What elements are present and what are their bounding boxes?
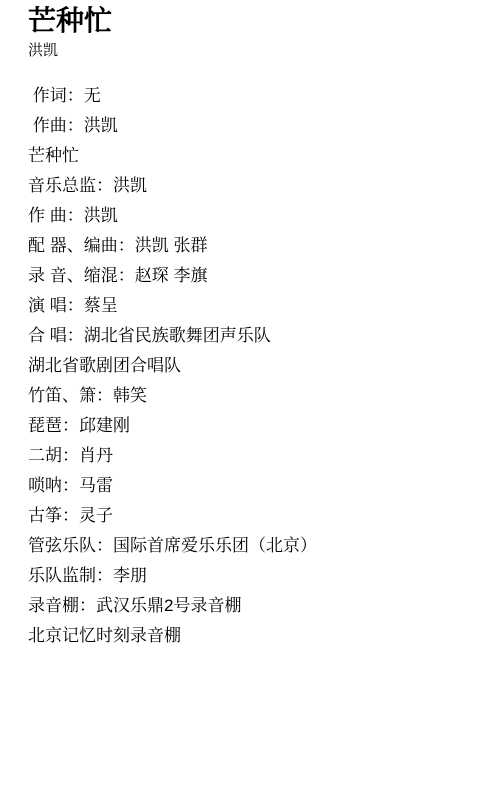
credit-line-studio: 录音棚：武汉乐鼎2号录音棚 bbox=[28, 591, 480, 621]
credits-list: 作词：无 作曲：洪凯 芒种忙 音乐总监：洪凯 作 曲：洪凯 配 器、编曲：洪凯 … bbox=[28, 81, 480, 651]
credit-line-orchestra-supervisor: 乐队监制：李朋 bbox=[28, 561, 480, 591]
credit-line-pipa: 琵琶：邱建刚 bbox=[28, 411, 480, 441]
credit-line-erhu: 二胡：肖丹 bbox=[28, 441, 480, 471]
song-credits-page: 芒种忙 洪凯 作词：无 作曲：洪凯 芒种忙 音乐总监：洪凯 作 曲：洪凯 配 器… bbox=[0, 0, 500, 790]
credit-line-orchestra: 管弦乐队：国际首席爱乐乐团（北京） bbox=[28, 531, 480, 561]
artist-name: 洪凯 bbox=[28, 40, 480, 62]
credit-line-song-name: 芒种忙 bbox=[28, 141, 480, 171]
credit-line-composition: 作 曲：洪凯 bbox=[28, 201, 480, 231]
credit-line-flute: 竹笛、箫：韩笑 bbox=[28, 381, 480, 411]
credit-line-lyricist: 作词：无 bbox=[28, 81, 480, 111]
credit-line-arrangement: 配 器、编曲：洪凯 张群 bbox=[28, 231, 480, 261]
credit-line-suona: 唢呐：马雷 bbox=[28, 471, 480, 501]
credit-line-chorus: 合 唱：湖北省民族歌舞团声乐队 bbox=[28, 321, 480, 351]
credit-line-guzheng: 古筝：灵子 bbox=[28, 501, 480, 531]
credit-line-chorus-2: 湖北省歌剧团合唱队 bbox=[28, 351, 480, 381]
credit-line-vocals: 演 唱：蔡呈 bbox=[28, 291, 480, 321]
credit-line-music-director: 音乐总监：洪凯 bbox=[28, 171, 480, 201]
song-title: 芒种忙 bbox=[28, 2, 480, 40]
credit-line-studio-2: 北京记忆时刻录音棚 bbox=[28, 621, 480, 651]
credit-line-composer: 作曲：洪凯 bbox=[28, 111, 480, 141]
credit-line-recording-mixing: 录 音、缩混：赵琛 李旗 bbox=[28, 261, 480, 291]
